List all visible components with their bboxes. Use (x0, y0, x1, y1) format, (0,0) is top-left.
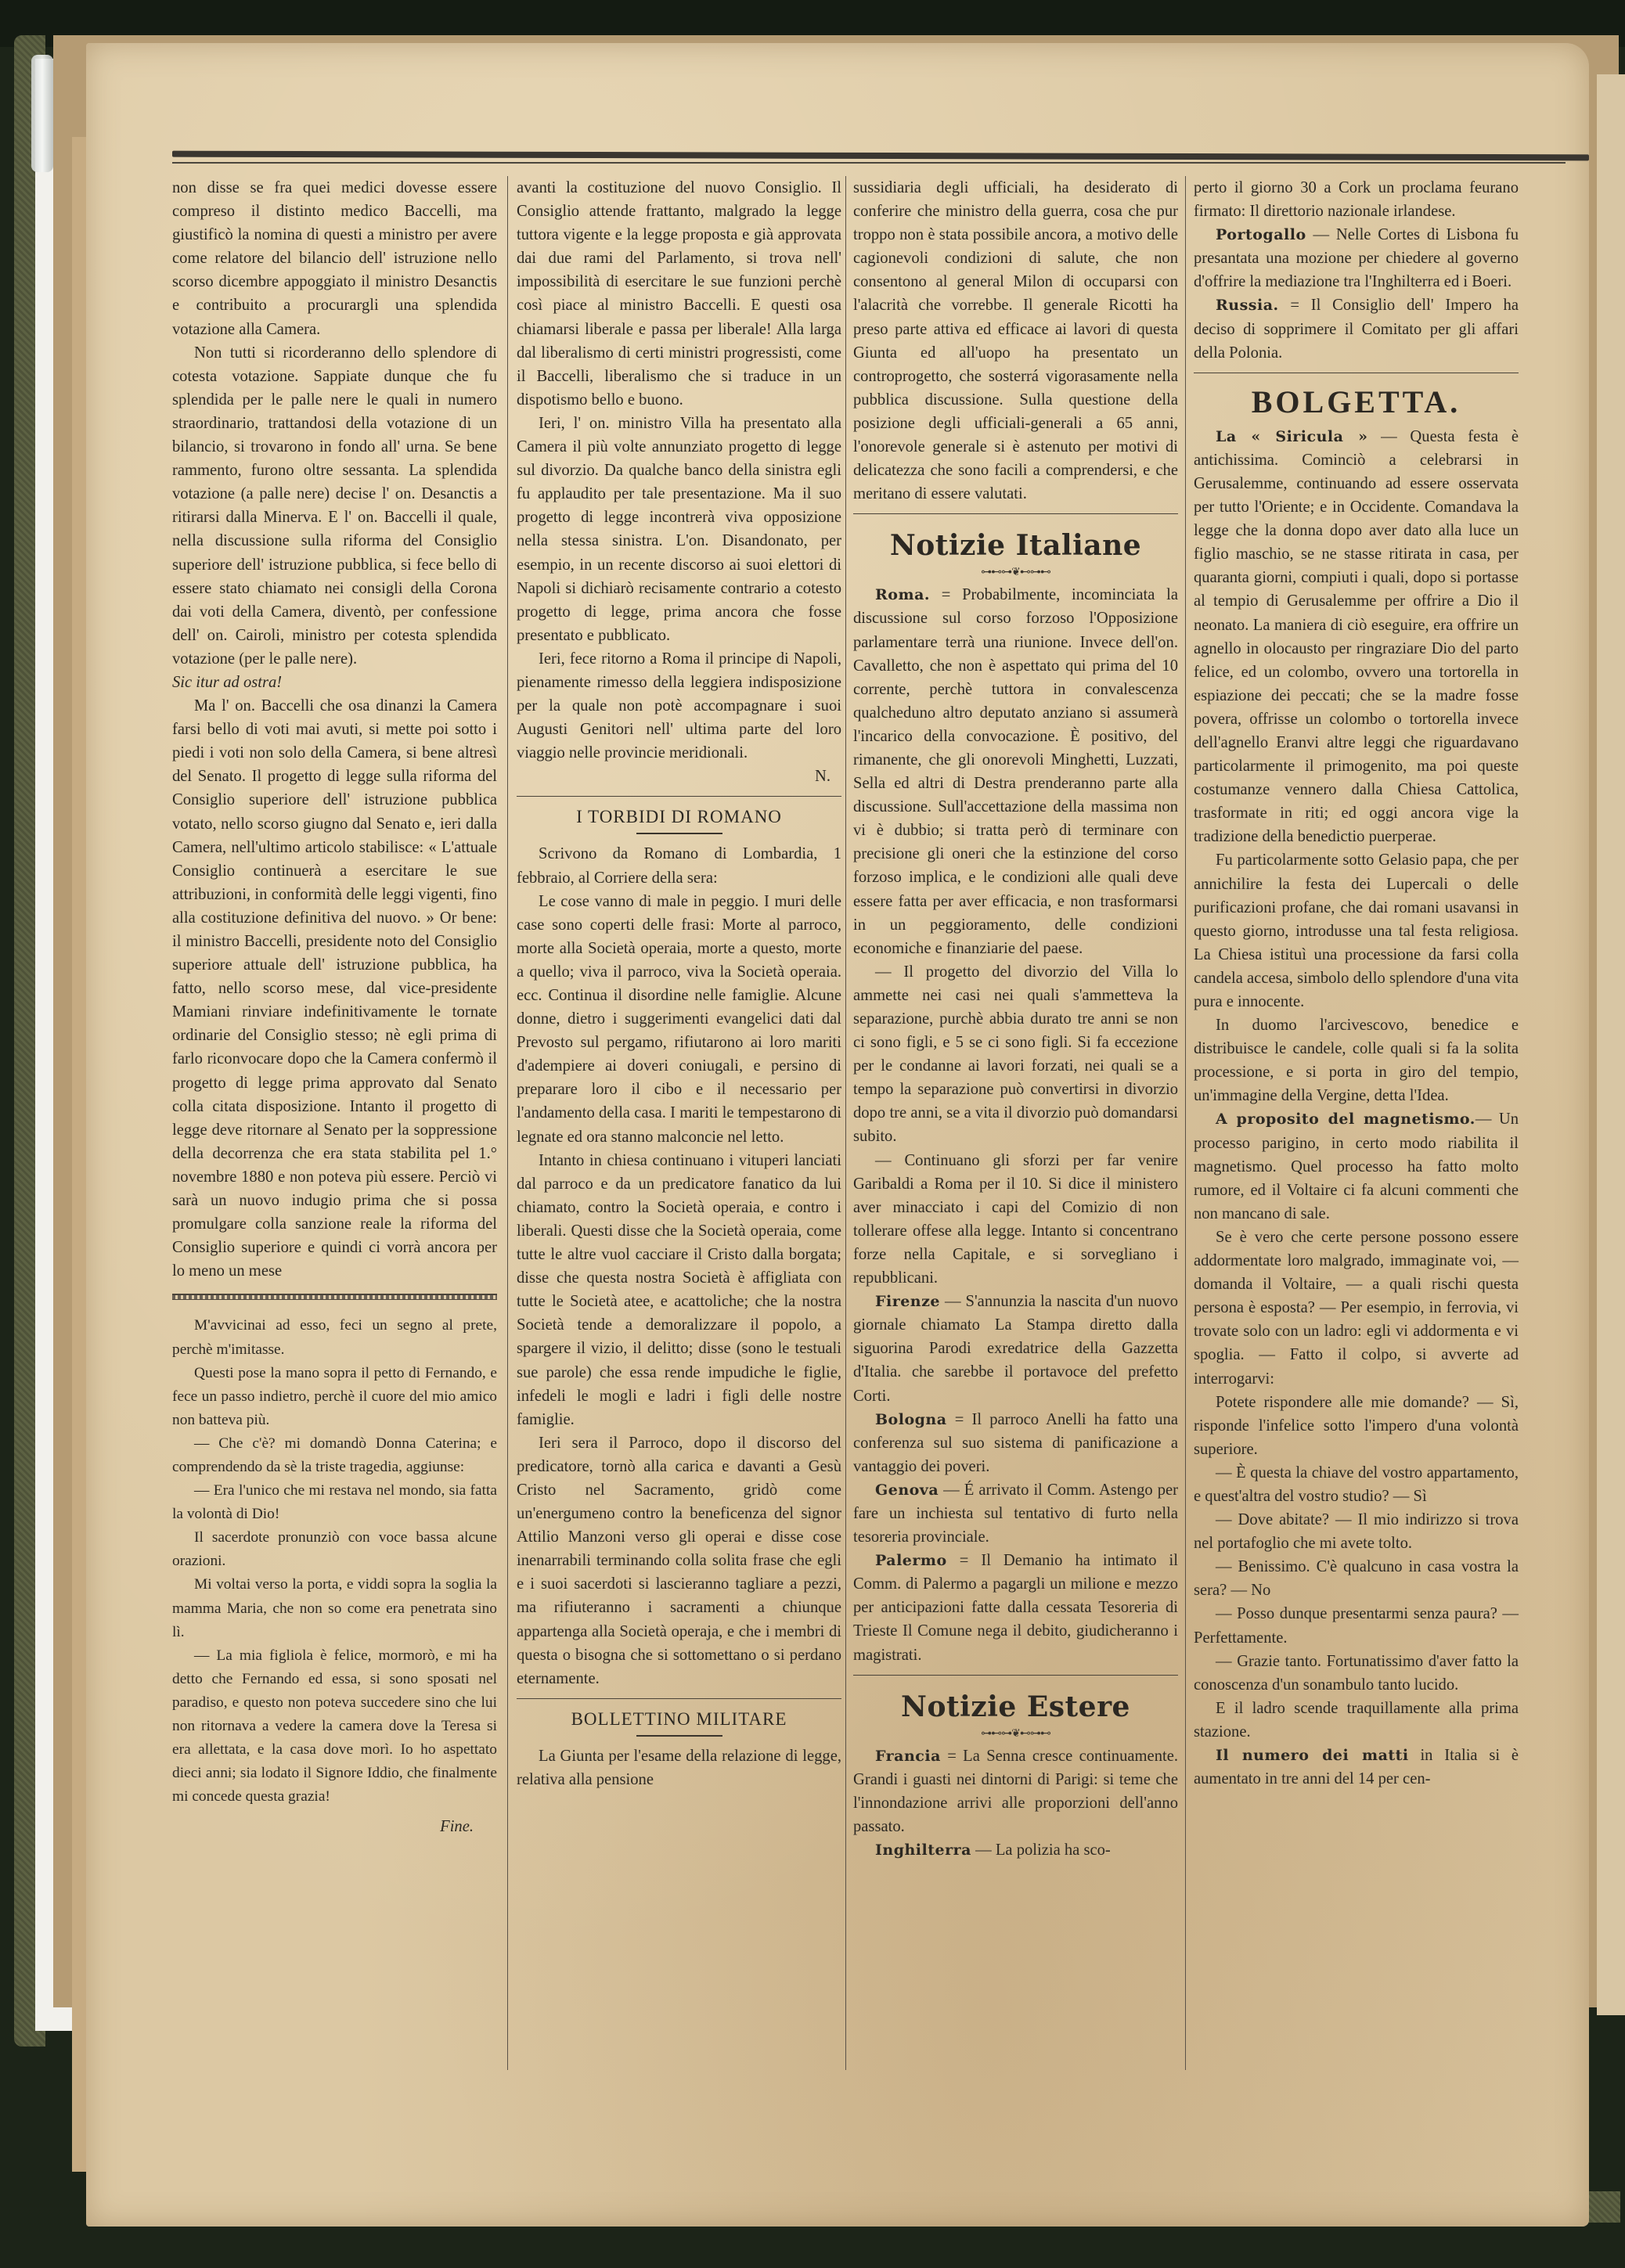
news-item-lead: Genova (875, 1481, 939, 1499)
ornament-divider: ⊶⊷⊶❦⊷⊶⊷ (853, 566, 1178, 580)
section-title-notizie-estere: Notizie Estere (853, 1687, 1178, 1727)
news-item-text: — Posso dunque presentarmi senza paura? … (1194, 1605, 1519, 1646)
news-item-text: = Probabilmente, incominciata la discuss… (853, 586, 1178, 956)
news-item-lead: A proposito del magnetismo. (1216, 1111, 1475, 1128)
plastic-clip (31, 55, 53, 172)
news-item-lead: Palermo (875, 1552, 947, 1569)
news-item-text: Fu particolarmente sotto Gelasio papa, c… (1194, 851, 1519, 1010)
news-item-lead: Portogallo (1216, 226, 1306, 243)
title-underline (636, 1735, 722, 1737)
column-4: perto il giorno 30 a Cork un proclama fe… (1194, 176, 1519, 1791)
story-paragraph: — Era l'unico che mi restava nel mondo, … (172, 1479, 497, 1526)
news-item-text: — Grazie tanto. Fortunatissimo d'aver fa… (1194, 1653, 1519, 1694)
news-item: Francia = La Senna cresce continuamente.… (853, 1744, 1178, 1838)
article-paragraph: sussidiaria degli ufficiali, ha desidera… (853, 176, 1178, 506)
article-paragraph: Ieri sera il Parroco, dopo il discorso d… (517, 1431, 841, 1690)
news-item: Se è vero che certe persone possono esse… (1194, 1226, 1519, 1391)
news-item: perto il giorno 30 a Cork un proclama fe… (1194, 176, 1519, 223)
section-title-torbidi: I TORBIDI DI ROMANO (517, 803, 841, 831)
news-item-text: E il ladro scende traquillamente alla pr… (1194, 1700, 1519, 1741)
story-paragraph: — La mia figliola è felice, mormorò, e m… (172, 1644, 497, 1809)
story-paragraph: — Che c'è? mi domandò Donna Caterina; e … (172, 1432, 497, 1479)
news-item: — Continuano gli sforzi per far venire G… (853, 1149, 1178, 1291)
article-paragraph: non disse se fra quei medici dovesse ess… (172, 176, 497, 341)
news-item: E il ladro scende traquillamente alla pr… (1194, 1697, 1519, 1744)
article-paragraph: Le cose vanno di male in peggio. I muri … (517, 890, 841, 1149)
story-paragraph: M'avvicinai ad esso, feci un segno al pr… (172, 1314, 497, 1361)
news-item: — Grazie tanto. Fortunatissimo d'aver fa… (1194, 1650, 1519, 1697)
news-item: Genova — É arrivato il Comm. Astengo per… (853, 1478, 1178, 1549)
latin-quote: Sic itur ad ostra! (172, 671, 497, 694)
column-divider (845, 176, 846, 2070)
section-divider (853, 1675, 1178, 1676)
news-item-text: — Continuano gli sforzi per far venire G… (853, 1152, 1178, 1287)
news-item-lead: Roma. (875, 586, 930, 603)
story-paragraph: Il sacerdote pronunziò con voce bassa al… (172, 1526, 497, 1573)
news-item-lead: Francia (875, 1748, 941, 1765)
ornament-divider: ⊶⊷⊶❦⊷⊶⊷ (853, 1727, 1178, 1741)
news-item: Bologna = Il parroco Anelli ha fatto una… (853, 1408, 1178, 1478)
news-item-lead: Bologna (875, 1411, 947, 1428)
column-divider (1185, 176, 1186, 2070)
column-divider (507, 176, 508, 2070)
header-rule-thin (172, 162, 1566, 164)
author-signature: N. (517, 765, 841, 788)
article-paragraph: Ma l' on. Baccelli che osa dinanzi la Ca… (172, 694, 497, 1283)
news-item: — Posso dunque presentarmi senza paura? … (1194, 1602, 1519, 1649)
news-item-text: — Dove abitate? — Il mio indirizzo si tr… (1194, 1511, 1519, 1552)
news-item: — Dove abitate? — Il mio indirizzo si tr… (1194, 1508, 1519, 1555)
serial-story: M'avvicinai ad esso, feci un segno al pr… (172, 1314, 497, 1838)
news-item: Roma. = Probabilmente, incominciata la d… (853, 583, 1178, 960)
news-item: Firenze — S'annunzia la nascita d'un nuo… (853, 1290, 1178, 1407)
news-item-text: — Benissimo. C'è qualcuno in casa vostra… (1194, 1558, 1519, 1599)
news-item: Portogallo — Nelle Cortes di Lisbona fu … (1194, 223, 1519, 293)
page-edge (72, 137, 86, 2172)
section-title-bollettino: BOLLETTINO MILITARE (517, 1705, 841, 1733)
news-item: La « Siricula » — Questa festa è antichi… (1194, 425, 1519, 849)
column-2: avanti la costituzione del nuovo Consigl… (517, 176, 841, 1791)
news-item: — Benissimo. C'è qualcuno in casa vostra… (1194, 1555, 1519, 1602)
news-item-text: — È questa la chiave del vostro appartam… (1194, 1464, 1519, 1505)
news-item: Fu particolarmente sotto Gelasio papa, c… (1194, 848, 1519, 1013)
news-item-text: Potete rispondere alle mie domande? — Sì… (1194, 1394, 1519, 1458)
news-items-estere: Francia = La Senna cresce continuamente.… (853, 1744, 1178, 1862)
story-end: Fine. (172, 1815, 497, 1838)
title-underline (636, 833, 722, 834)
section-divider (1194, 373, 1519, 373)
news-item-text: — Il progetto del divorzio del Villa lo … (853, 963, 1178, 1146)
news-item: In duomo l'arcivescovo, benedice e distr… (1194, 1013, 1519, 1107)
news-item-lead: Inghilterra (875, 1841, 971, 1859)
news-item: — È questa la chiave del vostro appartam… (1194, 1461, 1519, 1508)
news-item: — Il progetto del divorzio del Villa lo … (853, 960, 1178, 1149)
article-paragraph: Ieri, fece ritorno a Roma il principe di… (517, 647, 841, 765)
news-item-lead: Russia. (1216, 297, 1279, 314)
column-1: non disse se fra quei medici dovesse ess… (172, 176, 497, 1838)
news-item-text: In duomo l'arcivescovo, benedice e distr… (1194, 1017, 1519, 1104)
news-item-lead: La « Siricula » (1216, 428, 1367, 445)
article-paragraph: Intanto in chiesa continuano i vituperi … (517, 1149, 841, 1431)
news-item: A proposito del magnetismo.— Un processo… (1194, 1107, 1519, 1225)
article-paragraph: avanti la costituzione del nuovo Consigl… (517, 176, 841, 412)
section-divider (853, 513, 1178, 514)
story-paragraph: Questi pose la mano sopra il petto di Fe… (172, 1362, 497, 1432)
next-page-edge (1597, 74, 1625, 2015)
news-item: Palermo = Il Demanio ha intimato il Comm… (853, 1549, 1178, 1666)
column-3: sussidiaria degli ufficiali, ha desidera… (853, 176, 1178, 1862)
section-divider (517, 1698, 841, 1699)
article-paragraph: Non tutti si ricorderanno dello splendor… (172, 341, 497, 671)
article-paragraph: La Giunta per l'esame della relazione di… (517, 1744, 841, 1791)
news-item-text: — La polizia ha sco- (971, 1841, 1111, 1859)
section-title-bolgetta: BOLGETTA. (1194, 380, 1519, 425)
news-item-text: — Questa festa è antichissima. Cominciò … (1194, 428, 1519, 846)
news-items-estere-continued: perto il giorno 30 a Cork un proclama fe… (1194, 176, 1519, 365)
bolgetta-items: La « Siricula » — Questa festa è antichi… (1194, 425, 1519, 1791)
news-item-lead: Il numero dei matti (1216, 1747, 1409, 1764)
section-divider (172, 1294, 497, 1300)
article-paragraph: Scrivono da Romano di Lombardia, 1 febbr… (517, 842, 841, 889)
news-items-italiane: Roma. = Probabilmente, incominciata la d… (853, 583, 1178, 1666)
section-divider (517, 796, 841, 797)
news-item: Potete rispondere alle mie domande? — Sì… (1194, 1391, 1519, 1461)
news-item: Russia. = Il Consiglio dell' Impero ha d… (1194, 293, 1519, 364)
section-title-notizie-italiane: Notizie Italiane (853, 525, 1178, 566)
news-item: Il numero dei matti in Italia si è aumen… (1194, 1744, 1519, 1791)
news-item-text: perto il giorno 30 a Cork un proclama fe… (1194, 179, 1519, 220)
article-paragraph: Ieri, l' on. ministro Villa ha presentat… (517, 412, 841, 647)
news-item-text: Se è vero che certe persone possono esse… (1194, 1229, 1519, 1388)
news-item-lead: Firenze (875, 1293, 940, 1310)
story-paragraph: Mi voltai verso la porta, e viddi sopra … (172, 1573, 497, 1643)
news-item: Inghilterra — La polizia ha sco- (853, 1838, 1178, 1862)
